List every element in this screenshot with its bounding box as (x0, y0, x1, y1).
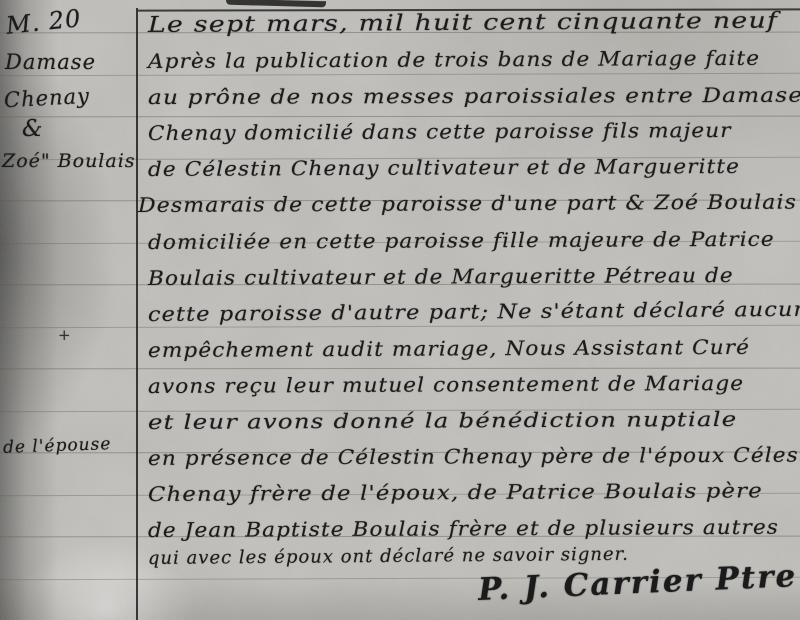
record-line: de Célestin Chenay cultivateur et de Mar… (148, 154, 800, 194)
margin-divider-line (136, 8, 138, 620)
margin-cross-mark: + (58, 326, 72, 344)
scanned-register-page: M. 20 Damase Chenay & Zoé" Boulais + de … (0, 0, 800, 620)
record-line: Boulais cultivateur et de Margueritte Pé… (148, 262, 800, 302)
record-line: domiciliée en cette paroisse fille majeu… (148, 226, 800, 266)
record-line: Le sept mars, mil huit cent cinquante ne… (148, 7, 800, 49)
record-line: empêchement audit mariage, Nous Assistan… (148, 334, 800, 374)
record-line: Chenay domicilié dans cette paroisse fil… (148, 118, 800, 158)
record-line: cette paroisse d'autre part; Ne s'étant … (148, 296, 800, 338)
margin-ampersand: & (22, 116, 43, 142)
margin-bride-name: Zoé" Boulais (2, 150, 136, 172)
record-line: au prône de nos messes paroissiales entr… (148, 83, 800, 122)
margin-groom-last-name: Chenay (3, 84, 90, 112)
record-line: en présence de Célestin Chenay père de l… (148, 442, 800, 482)
record-line: avons reçu leur mutuel consentement de M… (148, 370, 800, 410)
record-line: Après la publication de trois bans de Ma… (148, 45, 800, 85)
record-line: Chenay frère de l'époux, de Patrice Boul… (148, 478, 800, 519)
cutoff-text-from-previous-page (226, 0, 326, 7)
record-body-text: Le sept mars, mil huit cent cinquante ne… (148, 13, 800, 585)
margin-groom-first-name: Damase (5, 50, 96, 74)
margin-record-number: M. 20 (5, 4, 83, 40)
record-line: et leur avons donné la bénédiction nupti… (148, 406, 800, 446)
record-line: Desmarais de cette paroisse d'une part &… (138, 190, 800, 230)
margin-note-epouse: de l'épouse (3, 434, 112, 458)
